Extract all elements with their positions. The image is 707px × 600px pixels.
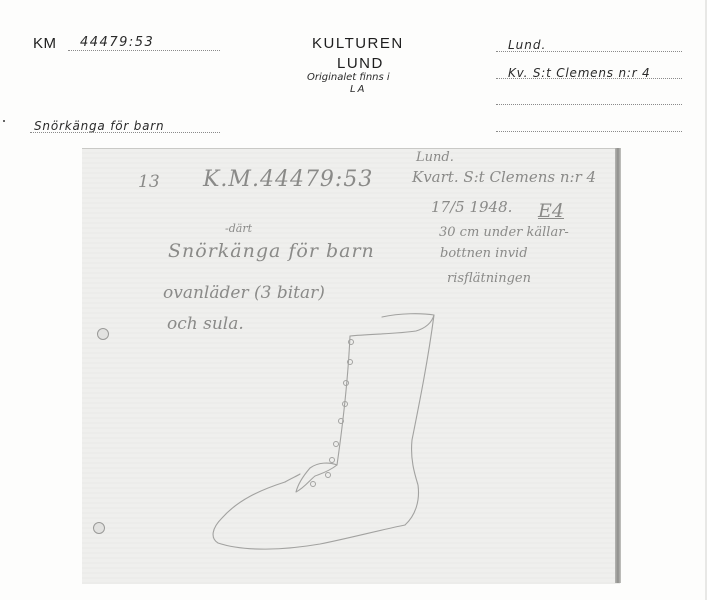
- sheet-find-note-1: 30 cm under källar-: [439, 225, 569, 240]
- sheet-find-address: Kvart. S:t Clemens n:r 4: [412, 168, 596, 186]
- punch-hole-top: [97, 328, 109, 340]
- km-label: KM: [33, 35, 57, 52]
- object-name-line: [30, 132, 220, 133]
- sheet-find-note-3: risflätningen: [447, 271, 531, 286]
- place-line: [496, 51, 682, 52]
- speck: [3, 120, 5, 122]
- sheet-object-title: Snörkänga för barn: [168, 240, 375, 262]
- sheet-find-place: Lund.: [416, 150, 454, 165]
- sheet-find-note-2: bottnen invid: [440, 246, 528, 261]
- blank-line-1: [496, 104, 682, 105]
- sheet-edge: [615, 148, 621, 583]
- sheet-catalog-number: K.M.44479:53: [203, 167, 373, 192]
- institution-city: LUND: [337, 55, 384, 72]
- blank-line-2: [496, 131, 682, 132]
- institution-name: KULTUREN: [312, 35, 404, 52]
- find-place: Lund.: [508, 38, 546, 52]
- sheet-page-number: 13: [138, 172, 160, 192]
- sheet-find-date: 17/5 1948.: [431, 198, 512, 216]
- sheet-insertion: -därt: [225, 222, 252, 235]
- object-name: Snörkänga för barn: [34, 119, 164, 133]
- original-location-note: Originalet finns i: [307, 72, 390, 83]
- km-number-line: [68, 50, 220, 51]
- sheet-layer-code: E4: [538, 200, 564, 222]
- km-number: 44479:53: [80, 35, 154, 50]
- punch-hole-bottom: [93, 522, 105, 534]
- boot-sketch: [200, 300, 460, 560]
- address-line: [496, 78, 682, 79]
- original-location-code: LA: [350, 84, 366, 95]
